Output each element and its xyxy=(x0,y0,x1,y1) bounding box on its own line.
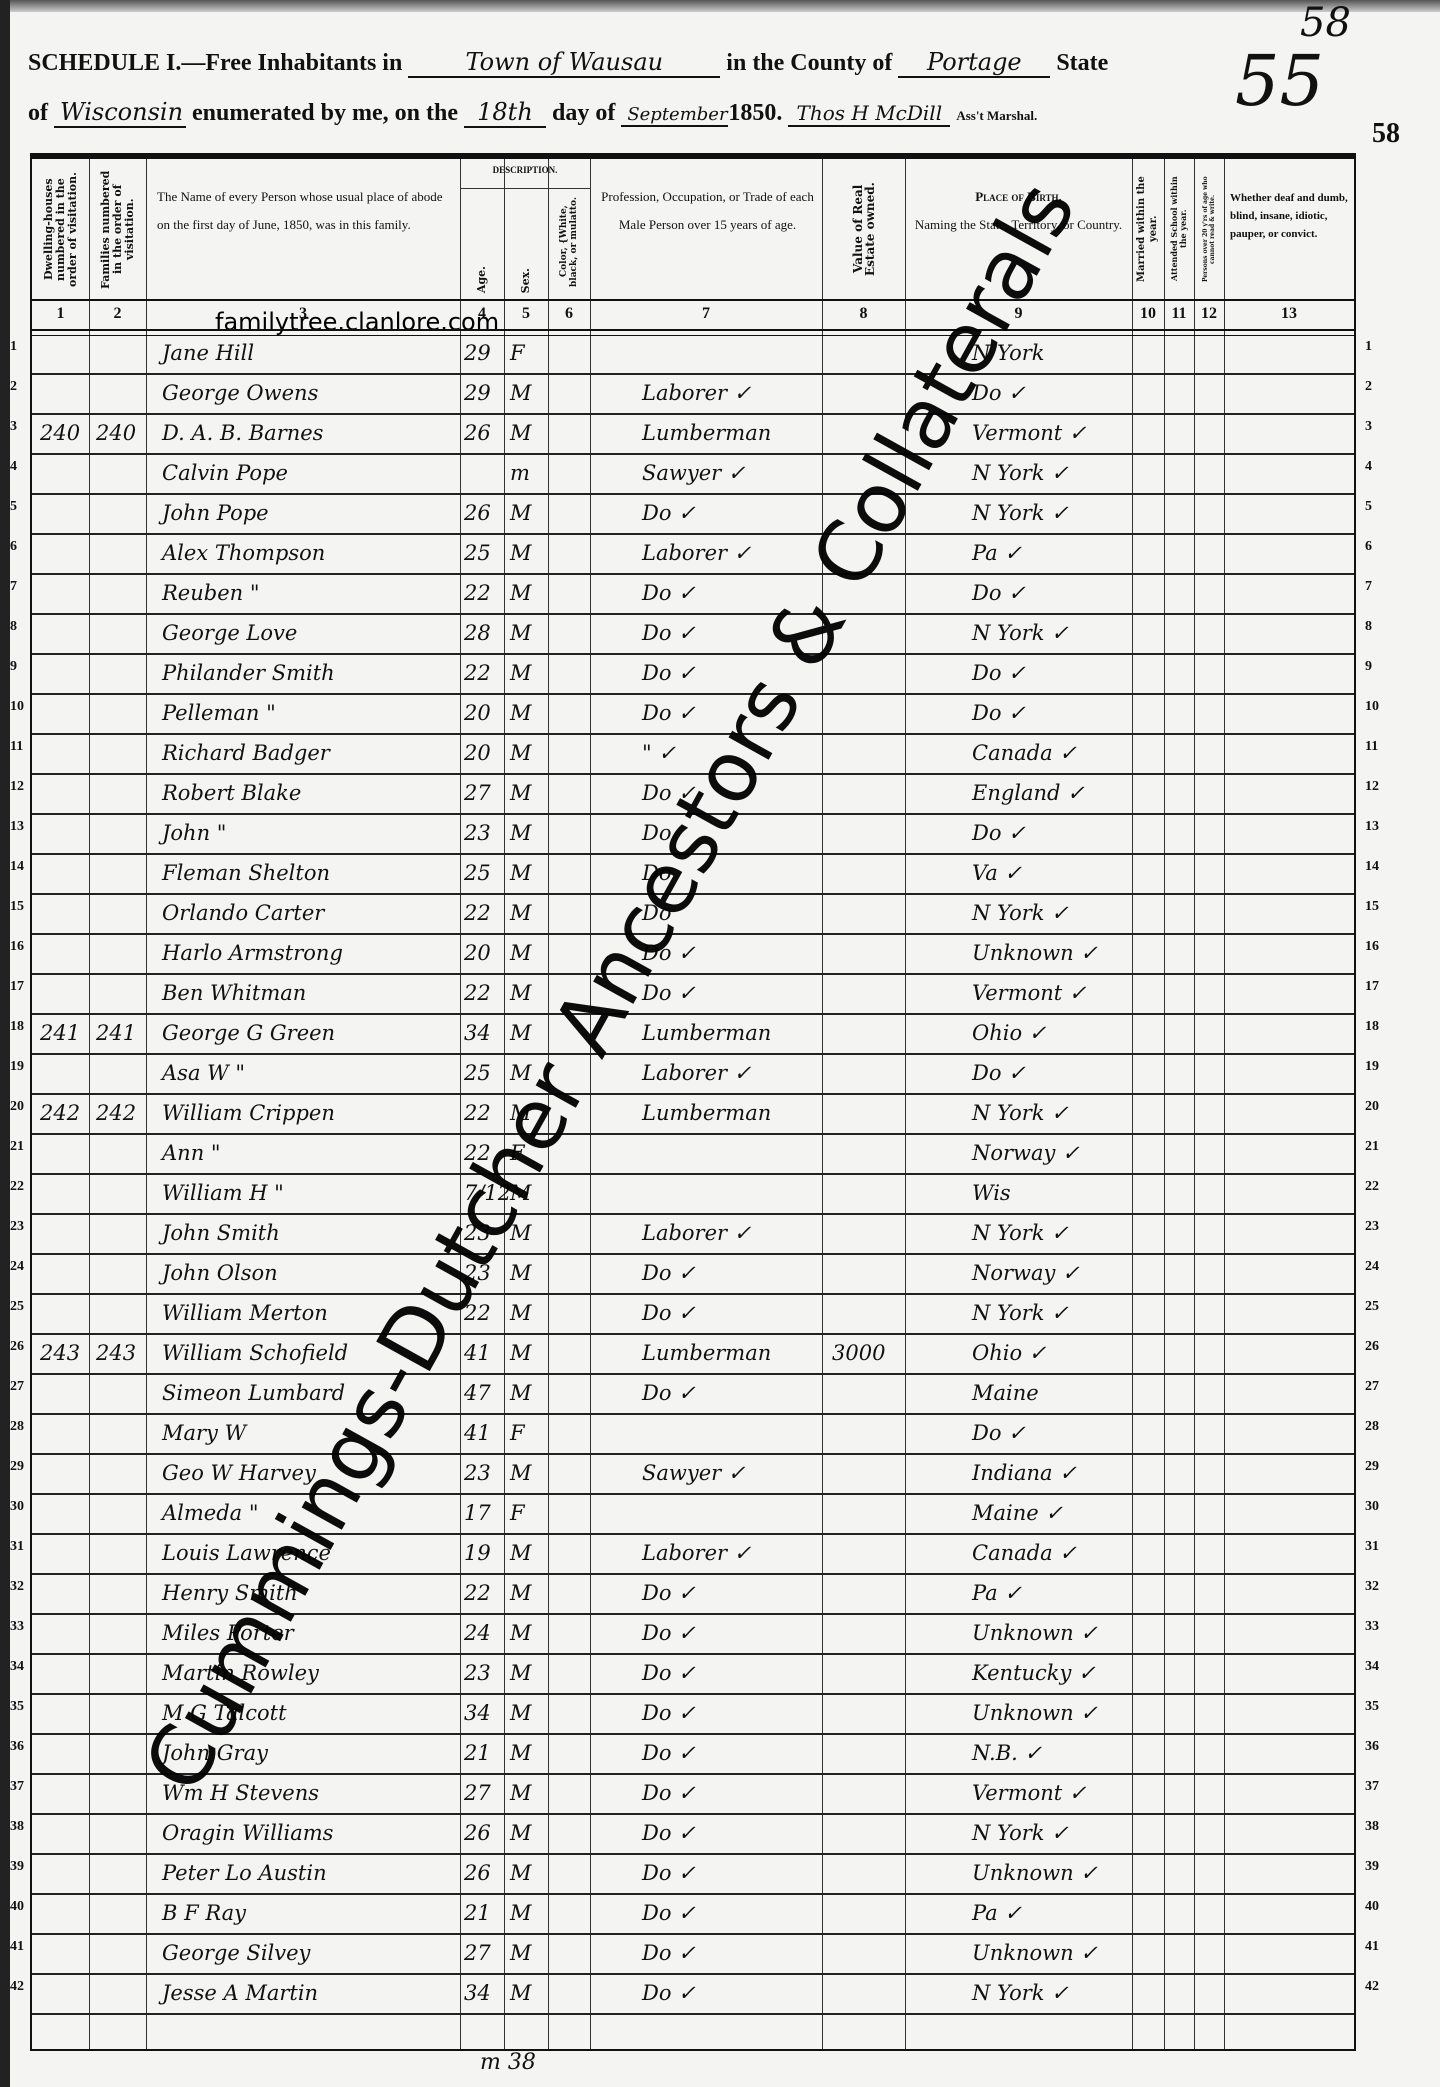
person-occupation: Do ✓ xyxy=(642,1821,696,1845)
right-line-number: 34 xyxy=(1365,1659,1379,1675)
right-line-number: 1 xyxy=(1365,339,1372,355)
person-age: 34 xyxy=(464,1021,491,1045)
person-sex: M xyxy=(510,1941,532,1965)
person-birthplace: Unknown ✓ xyxy=(972,1941,1098,1965)
person-age: 28 xyxy=(464,621,491,645)
left-line-number: 7 xyxy=(10,579,17,595)
left-line-number: 16 xyxy=(10,939,24,955)
person-occupation: Lumberman xyxy=(642,421,771,445)
state-label: State xyxy=(1056,50,1108,76)
column-number: 5 xyxy=(504,305,548,323)
right-line-number: 38 xyxy=(1365,1819,1379,1835)
scan-left-edge xyxy=(0,0,10,2087)
person-name: John Smith xyxy=(162,1221,280,1245)
person-sex: M xyxy=(510,1781,532,1805)
person-name: Reuben " xyxy=(162,581,260,605)
right-line-number: 37 xyxy=(1365,1779,1379,1795)
schedule-title-line-1: SCHEDULE I.—Free Inhabitants in Town of … xyxy=(28,48,1108,78)
column-number: 2 xyxy=(89,305,146,323)
person-birthplace: Vermont ✓ xyxy=(972,981,1087,1005)
person-name: Calvin Pope xyxy=(162,461,288,485)
person-birthplace: N York ✓ xyxy=(972,461,1069,485)
table-row: George Silvey27MDo ✓Unknown ✓ xyxy=(32,1935,1354,1975)
person-sex: M xyxy=(510,1341,532,1365)
table-row: Reuben "22MDo ✓Do ✓ xyxy=(32,575,1354,615)
person-name: Fleman Shelton xyxy=(162,861,330,885)
person-sex: M xyxy=(510,1581,532,1605)
person-name: William Schofield xyxy=(162,1341,348,1365)
person-sex: M xyxy=(510,1541,532,1565)
right-line-number: 17 xyxy=(1365,979,1379,995)
left-line-number: 40 xyxy=(10,1899,24,1915)
person-occupation: Do ✓ xyxy=(642,1781,696,1805)
person-sex: M xyxy=(510,1621,532,1645)
person-birthplace: N York ✓ xyxy=(972,621,1069,645)
person-occupation: Do ✓ xyxy=(642,1621,696,1645)
person-birthplace: Ohio ✓ xyxy=(972,1021,1046,1045)
column-number: 4 xyxy=(460,305,504,323)
left-line-number: 12 xyxy=(10,779,24,795)
table-row: Philander Smith22MDo ✓Do ✓ xyxy=(32,655,1354,695)
left-line-number: 10 xyxy=(10,699,24,715)
person-age: 27 xyxy=(464,1941,491,1965)
person-sex: M xyxy=(510,701,532,725)
person-sex: m xyxy=(510,461,530,485)
day-of-text: day of xyxy=(552,100,615,126)
right-line-number: 4 xyxy=(1365,459,1372,475)
left-line-number: 36 xyxy=(10,1739,24,1755)
right-line-number: 6 xyxy=(1365,539,1372,555)
person-occupation: " ✓ xyxy=(642,741,676,765)
person-age: 25 xyxy=(464,541,491,565)
right-line-number: 42 xyxy=(1365,1979,1379,1995)
left-line-number: 14 xyxy=(10,859,24,875)
dwelling-number: 242 xyxy=(40,1101,80,1125)
handwritten-footnote: m 38 xyxy=(480,2050,536,2075)
person-sex: M xyxy=(510,661,532,685)
right-line-number: 8 xyxy=(1365,619,1372,635)
table-row: Almeda "17FMaine ✓ xyxy=(32,1495,1354,1535)
person-occupation: Do ✓ xyxy=(642,1261,696,1285)
left-line-number: 9 xyxy=(10,659,17,675)
table-row: 241241George G Green34MLumbermanOhio ✓ xyxy=(32,1015,1354,1055)
person-birthplace: Norway ✓ xyxy=(972,1261,1080,1285)
person-sex: M xyxy=(510,1821,532,1845)
person-age: 41 xyxy=(464,1421,491,1445)
person-age: 26 xyxy=(464,1861,491,1885)
real-estate-value: 3000 xyxy=(832,1341,885,1365)
person-occupation: Do ✓ xyxy=(642,661,696,685)
right-line-number: 18 xyxy=(1365,1019,1379,1035)
right-line-number: 5 xyxy=(1365,499,1372,515)
family-number: 243 xyxy=(96,1341,136,1365)
left-line-number: 26 xyxy=(10,1339,24,1355)
person-birthplace: Indiana ✓ xyxy=(972,1461,1077,1485)
left-line-number: 35 xyxy=(10,1699,24,1715)
person-age: 34 xyxy=(464,1701,491,1725)
person-occupation: Do ✓ xyxy=(642,621,696,645)
person-name: Mary W xyxy=(162,1421,246,1445)
person-birthplace: Pa ✓ xyxy=(972,1581,1022,1605)
right-line-number: 27 xyxy=(1365,1379,1379,1395)
person-name: Jesse A Martin xyxy=(162,1981,318,2005)
right-line-number: 3 xyxy=(1365,419,1372,435)
left-line-number: 2 xyxy=(10,379,17,395)
person-birthplace: Do ✓ xyxy=(972,701,1026,725)
right-line-number: 19 xyxy=(1365,1059,1379,1075)
person-birthplace: England ✓ xyxy=(972,781,1085,805)
person-name: John " xyxy=(162,821,226,845)
person-birthplace: Maine xyxy=(972,1381,1039,1405)
left-line-number: 21 xyxy=(10,1139,24,1155)
person-age: 21 xyxy=(464,1741,491,1765)
person-occupation: Lumberman xyxy=(642,1101,771,1125)
person-occupation: Lumberman xyxy=(642,1341,771,1365)
schedule-label: SCHEDULE I.—Free Inhabitants in xyxy=(28,50,402,76)
person-occupation: Do ✓ xyxy=(642,1861,696,1885)
person-birthplace: N York ✓ xyxy=(972,1221,1069,1245)
person-name: William Merton xyxy=(162,1301,328,1325)
table-row: 243243William Schofield41MLumberman3000O… xyxy=(32,1335,1354,1375)
left-line-number: 11 xyxy=(10,739,23,755)
right-line-number: 9 xyxy=(1365,659,1372,675)
right-line-number: 22 xyxy=(1365,1179,1379,1195)
header-name: The Name of every Person whose usual pla… xyxy=(157,183,457,323)
column-number: 12 xyxy=(1194,305,1224,323)
person-occupation: Sawyer ✓ xyxy=(642,461,745,485)
right-line-number: 12 xyxy=(1365,779,1379,795)
person-sex: M xyxy=(510,821,532,845)
column-number: 7 xyxy=(590,305,822,323)
right-line-number: 40 xyxy=(1365,1899,1379,1915)
person-name: Ann " xyxy=(162,1141,221,1165)
left-line-number: 33 xyxy=(10,1619,24,1635)
person-name: Oragin Williams xyxy=(162,1821,333,1845)
person-age: 19 xyxy=(464,1541,491,1565)
person-occupation: Sawyer ✓ xyxy=(642,1461,745,1485)
dwelling-number: 241 xyxy=(40,1021,80,1045)
left-line-number: 22 xyxy=(10,1179,24,1195)
person-birthplace: Vermont ✓ xyxy=(972,421,1087,445)
header-real-estate: Value of Real Estate owned. xyxy=(822,159,905,299)
person-birthplace: N.B. ✓ xyxy=(972,1741,1042,1765)
right-line-number: 26 xyxy=(1365,1339,1379,1355)
header-rule xyxy=(32,299,1354,301)
table-row: Mary W41FDo ✓ xyxy=(32,1415,1354,1455)
enumerator-field: Thos H McDill xyxy=(788,101,950,127)
right-line-number: 13 xyxy=(1365,819,1379,835)
left-line-number: 30 xyxy=(10,1499,24,1515)
person-birthplace: Norway ✓ xyxy=(972,1141,1080,1165)
person-age: 27 xyxy=(464,1781,491,1805)
person-occupation: Do ✓ xyxy=(642,1981,696,2005)
person-occupation: Do ✓ xyxy=(642,1701,696,1725)
right-line-number: 24 xyxy=(1365,1259,1379,1275)
left-line-number: 32 xyxy=(10,1579,24,1595)
table-row: Peter Lo Austin26MDo ✓Unknown ✓ xyxy=(32,1855,1354,1895)
ass-marshal-label: Ass't Marshal. xyxy=(956,108,1037,123)
person-name: George Owens xyxy=(162,381,318,405)
person-birthplace: Canada ✓ xyxy=(972,1541,1077,1565)
person-occupation: Do ✓ xyxy=(642,501,696,525)
family-number: 241 xyxy=(96,1021,136,1045)
person-sex: M xyxy=(510,741,532,765)
person-age: 29 xyxy=(464,381,491,405)
header-families: Families numbered in the order of visita… xyxy=(89,159,146,299)
person-birthplace: Do ✓ xyxy=(972,1061,1026,1085)
person-sex: M xyxy=(510,1861,532,1885)
person-age: 17 xyxy=(464,1501,491,1525)
person-name: Robert Blake xyxy=(162,781,301,805)
right-line-number: 36 xyxy=(1365,1739,1379,1755)
person-birthplace: Va ✓ xyxy=(972,861,1022,885)
person-name: Simeon Lumbard xyxy=(162,1381,345,1405)
header-occupation: Profession, Occupation, or Trade of each… xyxy=(600,183,815,323)
person-occupation: Do ✓ xyxy=(642,1901,696,1925)
right-line-number: 31 xyxy=(1365,1539,1379,1555)
person-sex: M xyxy=(510,941,532,965)
person-name: George Silvey xyxy=(162,1941,310,1965)
right-line-number: 2 xyxy=(1365,379,1372,395)
table-row: John Olson23MDo ✓Norway ✓ xyxy=(32,1255,1354,1295)
person-sex: M xyxy=(510,421,532,445)
person-birthplace: N York ✓ xyxy=(972,501,1069,525)
person-age: 23 xyxy=(464,1661,491,1685)
right-line-number: 23 xyxy=(1365,1219,1379,1235)
person-birthplace: N York ✓ xyxy=(972,1101,1069,1125)
person-sex: M xyxy=(510,901,532,925)
right-line-number: 16 xyxy=(1365,939,1379,955)
right-line-number: 32 xyxy=(1365,1579,1379,1595)
left-line-number: 20 xyxy=(10,1099,24,1115)
right-line-number: 39 xyxy=(1365,1859,1379,1875)
page-number: 58 xyxy=(1372,118,1400,150)
right-line-number: 11 xyxy=(1365,739,1378,755)
person-birthplace: Do ✓ xyxy=(972,581,1026,605)
left-line-number: 18 xyxy=(10,1019,24,1035)
person-birthplace: Wis xyxy=(972,1181,1011,1205)
person-age: 47 xyxy=(464,1381,491,1405)
person-name: Pelleman " xyxy=(162,701,276,725)
table-row: Ben Whitman22MDo ✓Vermont ✓ xyxy=(32,975,1354,1015)
person-sex: M xyxy=(510,541,532,565)
handwritten-side-number: 55 xyxy=(1235,40,1324,122)
person-birthplace: N York ✓ xyxy=(972,1981,1069,2005)
table-row: George Owens29MLaborer ✓Do ✓ xyxy=(32,375,1354,415)
left-line-number: 23 xyxy=(10,1219,24,1235)
header-married: Married within the year. xyxy=(1132,159,1164,299)
person-birthplace: Do ✓ xyxy=(972,661,1026,685)
year-text: 1850. xyxy=(728,100,782,126)
person-age: 26 xyxy=(464,501,491,525)
left-line-number: 6 xyxy=(10,539,17,555)
person-sex: M xyxy=(510,1981,532,2005)
person-sex: M xyxy=(510,581,532,605)
right-line-number: 20 xyxy=(1365,1099,1379,1115)
person-sex: M xyxy=(510,1261,532,1285)
dwelling-number: 240 xyxy=(40,421,80,445)
left-line-number: 28 xyxy=(10,1419,24,1435)
person-name: George Love xyxy=(162,621,297,645)
county-prefix: in the County of xyxy=(726,50,892,76)
person-sex: M xyxy=(510,1461,532,1485)
person-birthplace: Pa ✓ xyxy=(972,1901,1022,1925)
person-birthplace: Ohio ✓ xyxy=(972,1341,1046,1365)
person-sex: M xyxy=(510,1701,532,1725)
left-line-number: 24 xyxy=(10,1259,24,1275)
person-occupation: Do ✓ xyxy=(642,1941,696,1965)
family-number: 242 xyxy=(96,1101,136,1125)
person-name: Almeda " xyxy=(162,1501,259,1525)
table-row: Jane Hill29FN York xyxy=(32,335,1354,375)
table-row: Simeon Lumbard47MDo ✓Maine xyxy=(32,1375,1354,1415)
header-age: Age. xyxy=(460,183,504,299)
right-line-number: 28 xyxy=(1365,1419,1379,1435)
table-row: Ann "22FNorway ✓ xyxy=(32,1135,1354,1175)
header-dwelling: Dwelling-houses numbered in the order of… xyxy=(32,159,89,299)
left-line-number: 27 xyxy=(10,1379,24,1395)
left-line-number: 15 xyxy=(10,899,24,915)
person-name: B F Ray xyxy=(162,1901,246,1925)
person-birthplace: Canada ✓ xyxy=(972,741,1077,765)
person-occupation: Laborer ✓ xyxy=(642,381,751,405)
person-birthplace: N York ✓ xyxy=(972,901,1069,925)
person-occupation: Do ✓ xyxy=(642,581,696,605)
state-field: Wisconsin xyxy=(54,98,186,128)
person-occupation: Do ✓ xyxy=(642,1381,696,1405)
table-row: John Smith23MLaborer ✓N York ✓ xyxy=(32,1215,1354,1255)
person-sex: F xyxy=(510,1501,525,1525)
person-age: 41 xyxy=(464,1341,491,1365)
person-occupation: Lumberman xyxy=(642,1021,771,1045)
left-line-number: 3 xyxy=(10,419,17,435)
person-age: 27 xyxy=(464,781,491,805)
person-sex: M xyxy=(510,861,532,885)
left-line-number: 17 xyxy=(10,979,24,995)
person-occupation: Do ✓ xyxy=(642,1741,696,1765)
table-row: William Merton22MDo ✓N York ✓ xyxy=(32,1295,1354,1335)
column-number: 3 xyxy=(146,305,460,323)
month-field: September xyxy=(621,104,728,127)
table-row: Harlo Armstrong20MDo ✓Unknown ✓ xyxy=(32,935,1354,975)
day-field: 18th xyxy=(464,98,546,128)
person-sex: M xyxy=(510,1901,532,1925)
header-sex: Sex. xyxy=(504,183,548,299)
schedule-title-line-2: of Wisconsin enumerated by me, on the 18… xyxy=(28,98,1037,128)
table-row: Wm H Stevens27MDo ✓Vermont ✓ xyxy=(32,1775,1354,1815)
person-name: Alex Thompson xyxy=(162,541,325,565)
right-line-number: 25 xyxy=(1365,1299,1379,1315)
person-birthplace: Maine ✓ xyxy=(972,1501,1063,1525)
person-name: John Olson xyxy=(162,1261,278,1285)
person-sex: M xyxy=(510,381,532,405)
person-age: 22 xyxy=(464,981,491,1005)
header-color: Color, {White, black, or mulatto. xyxy=(548,183,590,299)
person-age: 26 xyxy=(464,421,491,445)
person-sex: M xyxy=(510,1301,532,1325)
dwelling-number: 243 xyxy=(40,1341,80,1365)
right-line-number: 29 xyxy=(1365,1459,1379,1475)
person-sex: F xyxy=(510,341,525,365)
right-line-number: 30 xyxy=(1365,1499,1379,1515)
column-number: 1 xyxy=(32,305,89,323)
table-row: B F Ray21MDo ✓Pa ✓ xyxy=(32,1895,1354,1935)
table-row: William H "7/12MWis xyxy=(32,1175,1354,1215)
person-age: 20 xyxy=(464,701,491,725)
column-number: 13 xyxy=(1224,305,1354,323)
person-birthplace: N York ✓ xyxy=(972,1301,1069,1325)
person-name: Ben Whitman xyxy=(162,981,306,1005)
column-number: 6 xyxy=(548,305,590,323)
left-line-number: 29 xyxy=(10,1459,24,1475)
person-age: 23 xyxy=(464,821,491,845)
person-age: 26 xyxy=(464,1821,491,1845)
person-sex: M xyxy=(510,981,532,1005)
person-occupation: Do ✓ xyxy=(642,1581,696,1605)
person-name: Harlo Armstrong xyxy=(162,941,343,965)
table-row: Pelleman "20MDo ✓Do ✓ xyxy=(32,695,1354,735)
person-birthplace: Do ✓ xyxy=(972,821,1026,845)
place-field: Town of Wausau xyxy=(408,48,720,78)
header-school: Attended School within the year. xyxy=(1164,159,1194,299)
person-age: 25 xyxy=(464,1061,491,1085)
person-age: 34 xyxy=(464,1981,491,2005)
table-row: Calvin PopemSawyer ✓N York ✓ xyxy=(32,455,1354,495)
right-line-number: 14 xyxy=(1365,859,1379,875)
person-name: Peter Lo Austin xyxy=(162,1861,327,1885)
right-line-number: 35 xyxy=(1365,1699,1379,1715)
person-age: 22 xyxy=(464,581,491,605)
right-line-number: 41 xyxy=(1365,1939,1379,1955)
person-birthplace: Vermont ✓ xyxy=(972,1781,1087,1805)
left-line-number: 31 xyxy=(10,1539,24,1555)
person-birthplace: Pa ✓ xyxy=(972,541,1022,565)
person-age: 24 xyxy=(464,1621,491,1645)
person-birthplace: Do ✓ xyxy=(972,1421,1026,1445)
person-occupation: Laborer ✓ xyxy=(642,1221,751,1245)
table-row: George Love28MDo ✓N York ✓ xyxy=(32,615,1354,655)
table-row: Alex Thompson25MLaborer ✓Pa ✓ xyxy=(32,535,1354,575)
person-name: Orlando Carter xyxy=(162,901,324,925)
person-sex: M xyxy=(510,1741,532,1765)
person-occupation: Do ✓ xyxy=(642,1301,696,1325)
person-age: 20 xyxy=(464,741,491,765)
table-row: John Pope26MDo ✓N York ✓ xyxy=(32,495,1354,535)
table-row: Asa W "25MLaborer ✓Do ✓ xyxy=(32,1055,1354,1095)
person-birthplace: Unknown ✓ xyxy=(972,1621,1098,1645)
left-line-number: 13 xyxy=(10,819,24,835)
person-sex: M xyxy=(510,781,532,805)
table-row: Oragin Williams26MDo ✓N York ✓ xyxy=(32,1815,1354,1855)
person-sex: M xyxy=(510,621,532,645)
column-number: 8 xyxy=(822,305,905,323)
left-line-number: 25 xyxy=(10,1299,24,1315)
person-name: Asa W " xyxy=(162,1061,245,1085)
person-birthplace: Unknown ✓ xyxy=(972,1861,1098,1885)
person-birthplace: Unknown ✓ xyxy=(972,1701,1098,1725)
right-line-number: 10 xyxy=(1365,699,1379,715)
left-line-number: 5 xyxy=(10,499,17,515)
left-line-number: 38 xyxy=(10,1819,24,1835)
person-sex: M xyxy=(510,501,532,525)
person-occupation: Do ✓ xyxy=(642,701,696,725)
table-row: 242242William Crippen22MLumbermanN York … xyxy=(32,1095,1354,1135)
person-name: Richard Badger xyxy=(162,741,330,765)
person-birthplace: N York ✓ xyxy=(972,1821,1069,1845)
person-occupation: Laborer ✓ xyxy=(642,541,751,565)
person-name: William H " xyxy=(162,1181,284,1205)
person-occupation: Laborer ✓ xyxy=(642,1541,751,1565)
